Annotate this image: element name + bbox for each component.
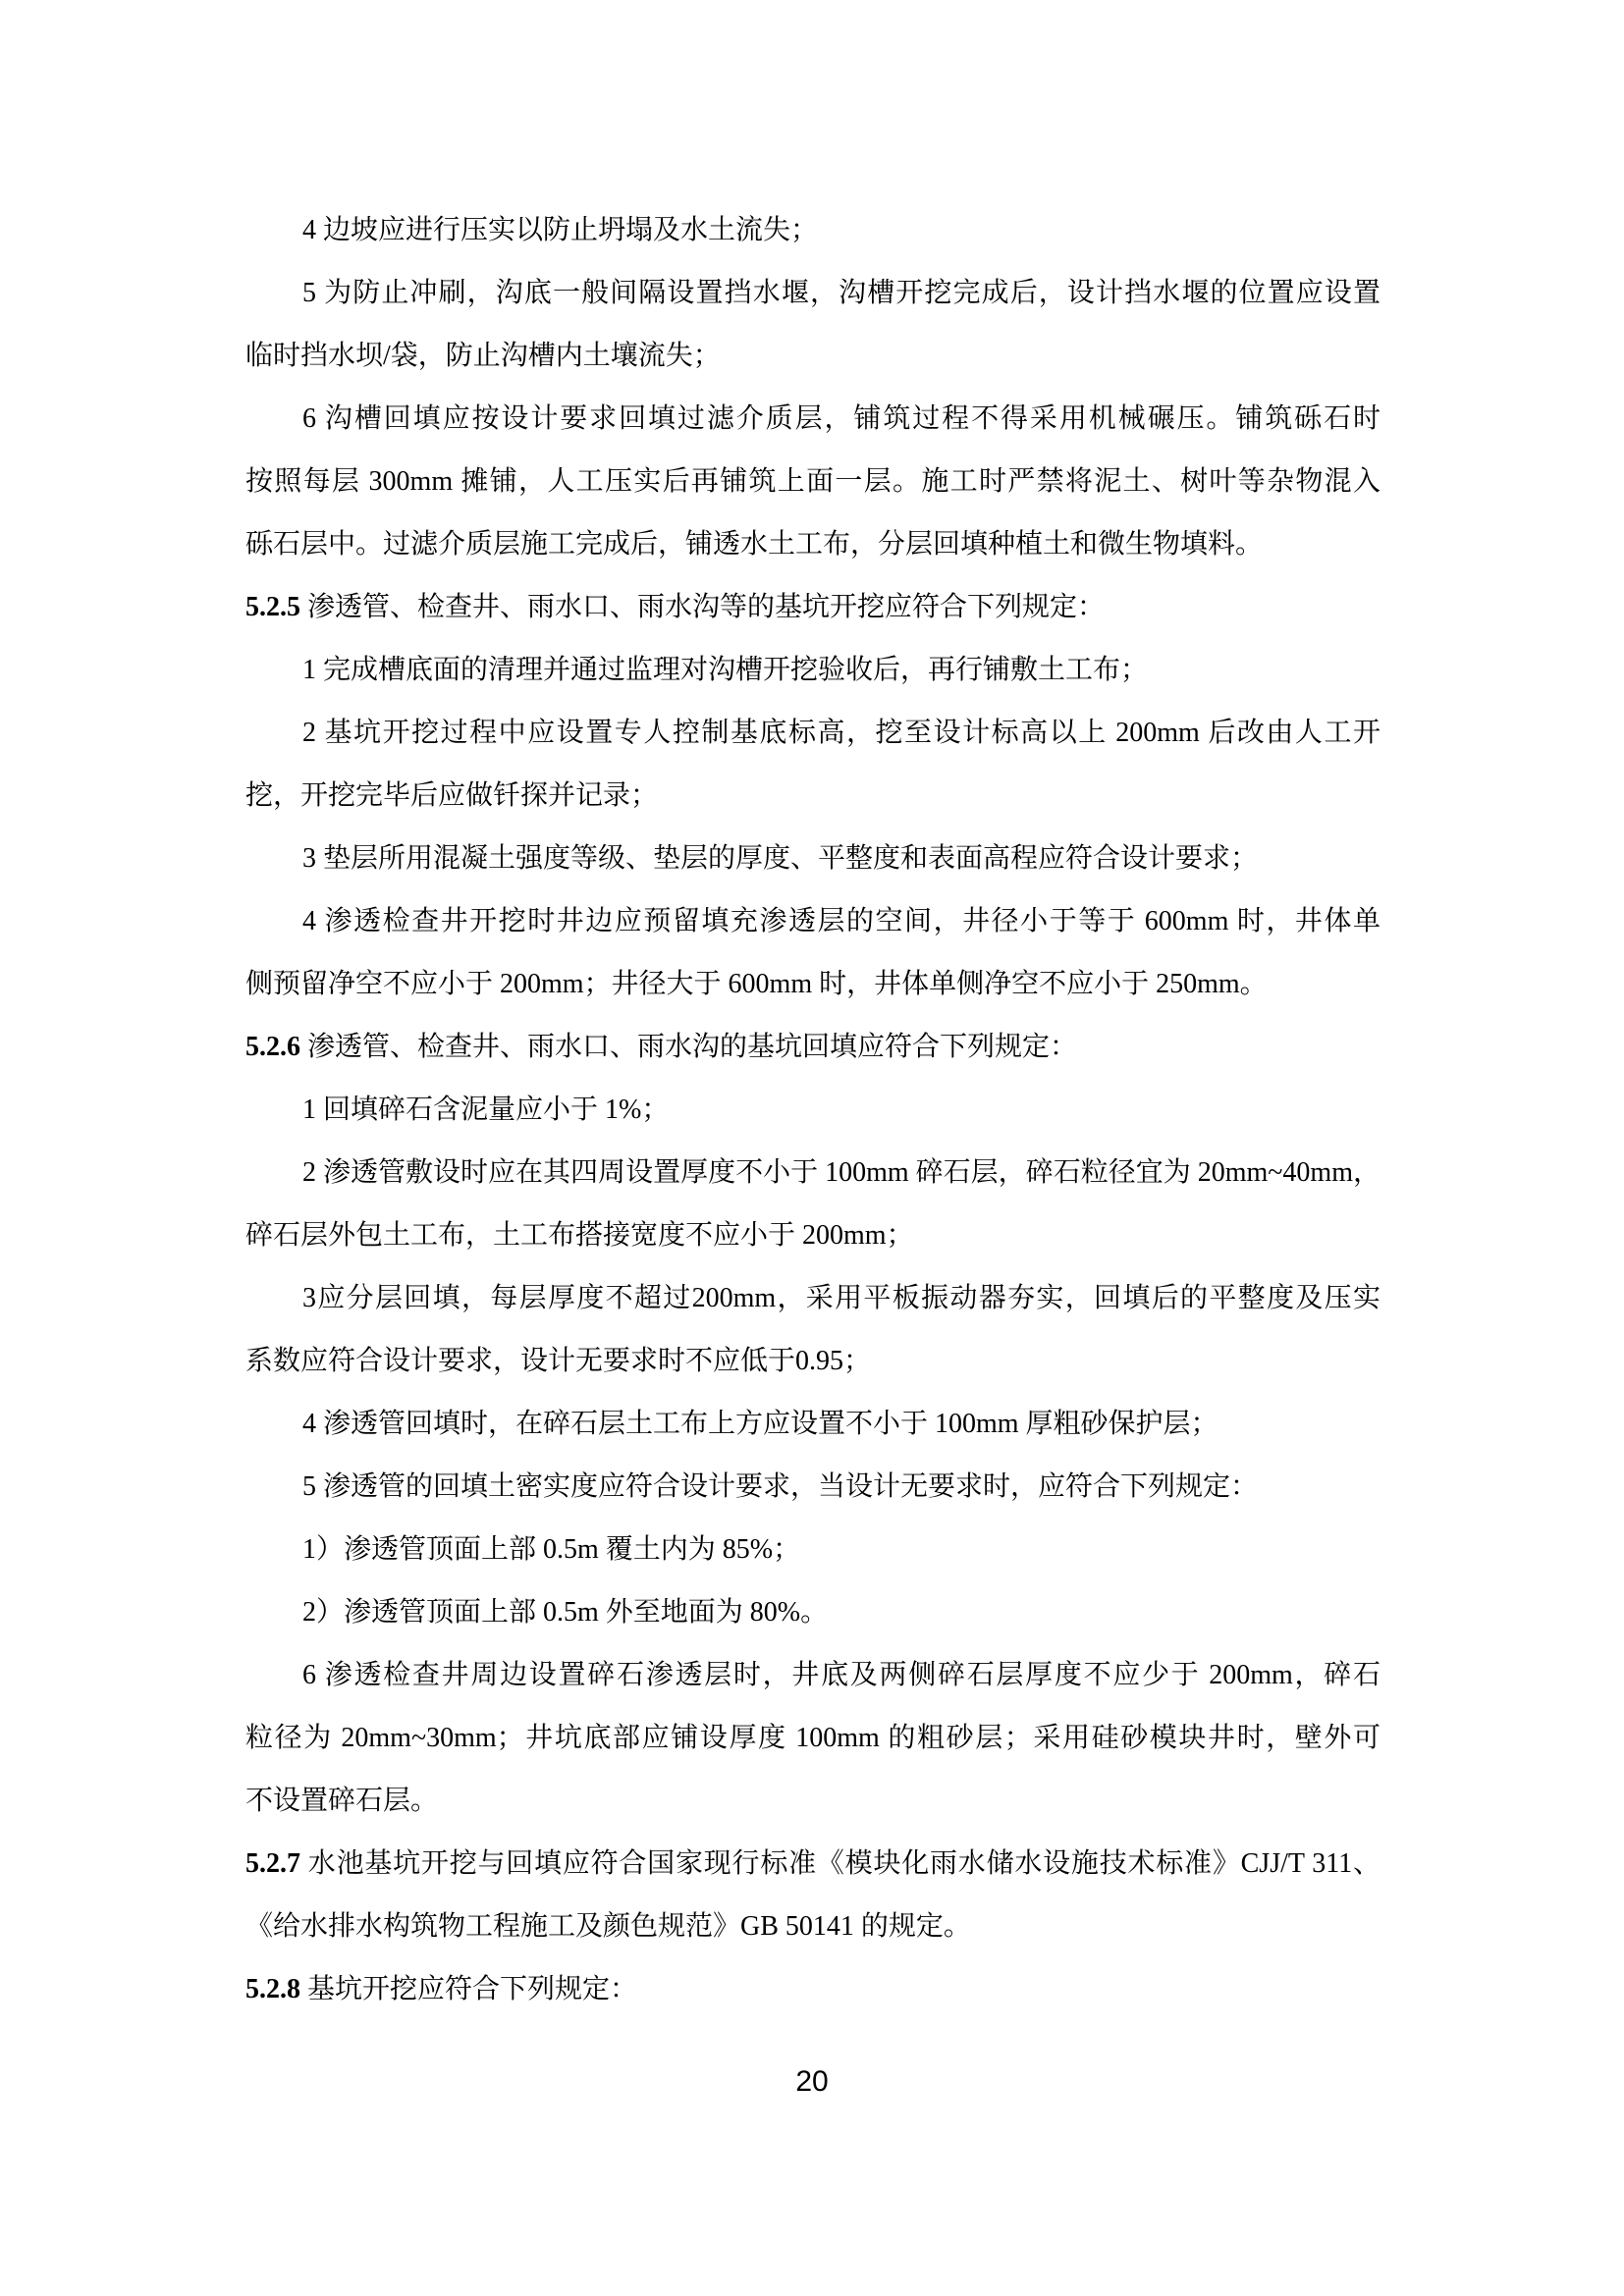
- section-number: 5.2.6: [245, 1032, 300, 1062]
- text-line: 临时挡水坝/袋，防止沟槽内土壤流失；: [245, 325, 1380, 388]
- text-line: 碎石层外包土工布，土工布搭接宽度不应小于 200mm；: [245, 1204, 1380, 1267]
- text-line: 《给水排水构筑物工程施工及颜色规范》GB 50141 的规定。: [245, 1896, 1380, 1958]
- text-line: 侧预留净空不应小于 200mm；井径大于 600mm 时，井体单侧净空不应小于 …: [245, 953, 1380, 1016]
- text-line: 1）渗透管顶面上部 0.5m 覆土内为 85%；: [245, 1519, 1380, 1581]
- text-line: 1 完成槽底面的清理并通过监理对沟槽开挖验收后，再行铺敷土工布；: [245, 639, 1380, 702]
- text-line: 5 渗透管的回填土密实度应符合设计要求，当设计无要求时，应符合下列规定：: [245, 1456, 1380, 1519]
- text-line: 2 基坑开挖过程中应设置专人控制基底标高，挖至设计标高以上 200mm 后改由人…: [245, 702, 1380, 765]
- text-line: 4 渗透管回填时，在碎石层土工布上方应设置不小于 100mm 厚粗砂保护层；: [245, 1393, 1380, 1456]
- text-line: 不设置碎石层。: [245, 1770, 1380, 1833]
- text-line: 5.2.7 水池基坑开挖与回填应符合国家现行标准《模块化雨水储水设施技术标准》C…: [245, 1833, 1380, 1896]
- document-content: 4 边坡应进行压实以防止坍塌及水土流失；5 为防止冲刷，沟底一般间隔设置挡水堰，…: [245, 199, 1380, 2021]
- text-line: 5.2.6 渗透管、检查井、雨水口、雨水沟的基坑回填应符合下列规定：: [245, 1016, 1380, 1079]
- text-line: 5 为防止冲刷，沟底一般间隔设置挡水堰，沟槽开挖完成后，设计挡水堰的位置应设置: [245, 262, 1380, 325]
- text-line: 4 边坡应进行压实以防止坍塌及水土流失；: [245, 199, 1380, 262]
- text-line: 6 沟槽回填应按设计要求回填过滤介质层，铺筑过程不得采用机械碾压。铺筑砾石时: [245, 388, 1380, 451]
- section-number: 5.2.8: [245, 1974, 300, 2004]
- section-number: 5.2.5: [245, 592, 300, 622]
- text-line: 3应分层回填，每层厚度不超过200mm，采用平板振动器夯实，回填后的平整度及压实: [245, 1267, 1380, 1330]
- text-line: 挖，开挖完毕后应做钎探并记录；: [245, 765, 1380, 828]
- page-number: 20: [0, 2065, 1624, 2099]
- text-line: 6 渗透检查井周边设置碎石渗透层时，井底及两侧碎石层厚度不应少于 200mm，碎…: [245, 1644, 1380, 1707]
- text-line: 5.2.8 基坑开挖应符合下列规定：: [245, 1958, 1380, 2021]
- text-line: 2 渗透管敷设时应在其四周设置厚度不小于 100mm 碎石层，碎石粒径宜为 20…: [245, 1142, 1380, 1204]
- text-line: 系数应符合设计要求，设计无要求时不应低于0.95；: [245, 1330, 1380, 1393]
- text-line: 粒径为 20mm~30mm；井坑底部应铺设厚度 100mm 的粗砂层；采用硅砂模…: [245, 1707, 1380, 1770]
- document-page: 4 边坡应进行压实以防止坍塌及水土流失；5 为防止冲刷，沟底一般间隔设置挡水堰，…: [0, 0, 1624, 2296]
- text-line: 按照每层 300mm 摊铺，人工压实后再铺筑上面一层。施工时严禁将泥土、树叶等杂…: [245, 451, 1380, 513]
- text-line: 2）渗透管顶面上部 0.5m 外至地面为 80%。: [245, 1581, 1380, 1644]
- text-line: 1 回填碎石含泥量应小于 1%；: [245, 1079, 1380, 1142]
- text-line: 砾石层中。过滤介质层施工完成后，铺透水土工布，分层回填种植土和微生物填料。: [245, 513, 1380, 576]
- text-line: 3 垫层所用混凝土强度等级、垫层的厚度、平整度和表面高程应符合设计要求；: [245, 828, 1380, 890]
- section-number: 5.2.7: [245, 1848, 300, 1879]
- text-line: 4 渗透检查井开挖时井边应预留填充渗透层的空间，井径小于等于 600mm 时，井…: [245, 890, 1380, 953]
- text-line: 5.2.5 渗透管、检查井、雨水口、雨水沟等的基坑开挖应符合下列规定：: [245, 576, 1380, 639]
